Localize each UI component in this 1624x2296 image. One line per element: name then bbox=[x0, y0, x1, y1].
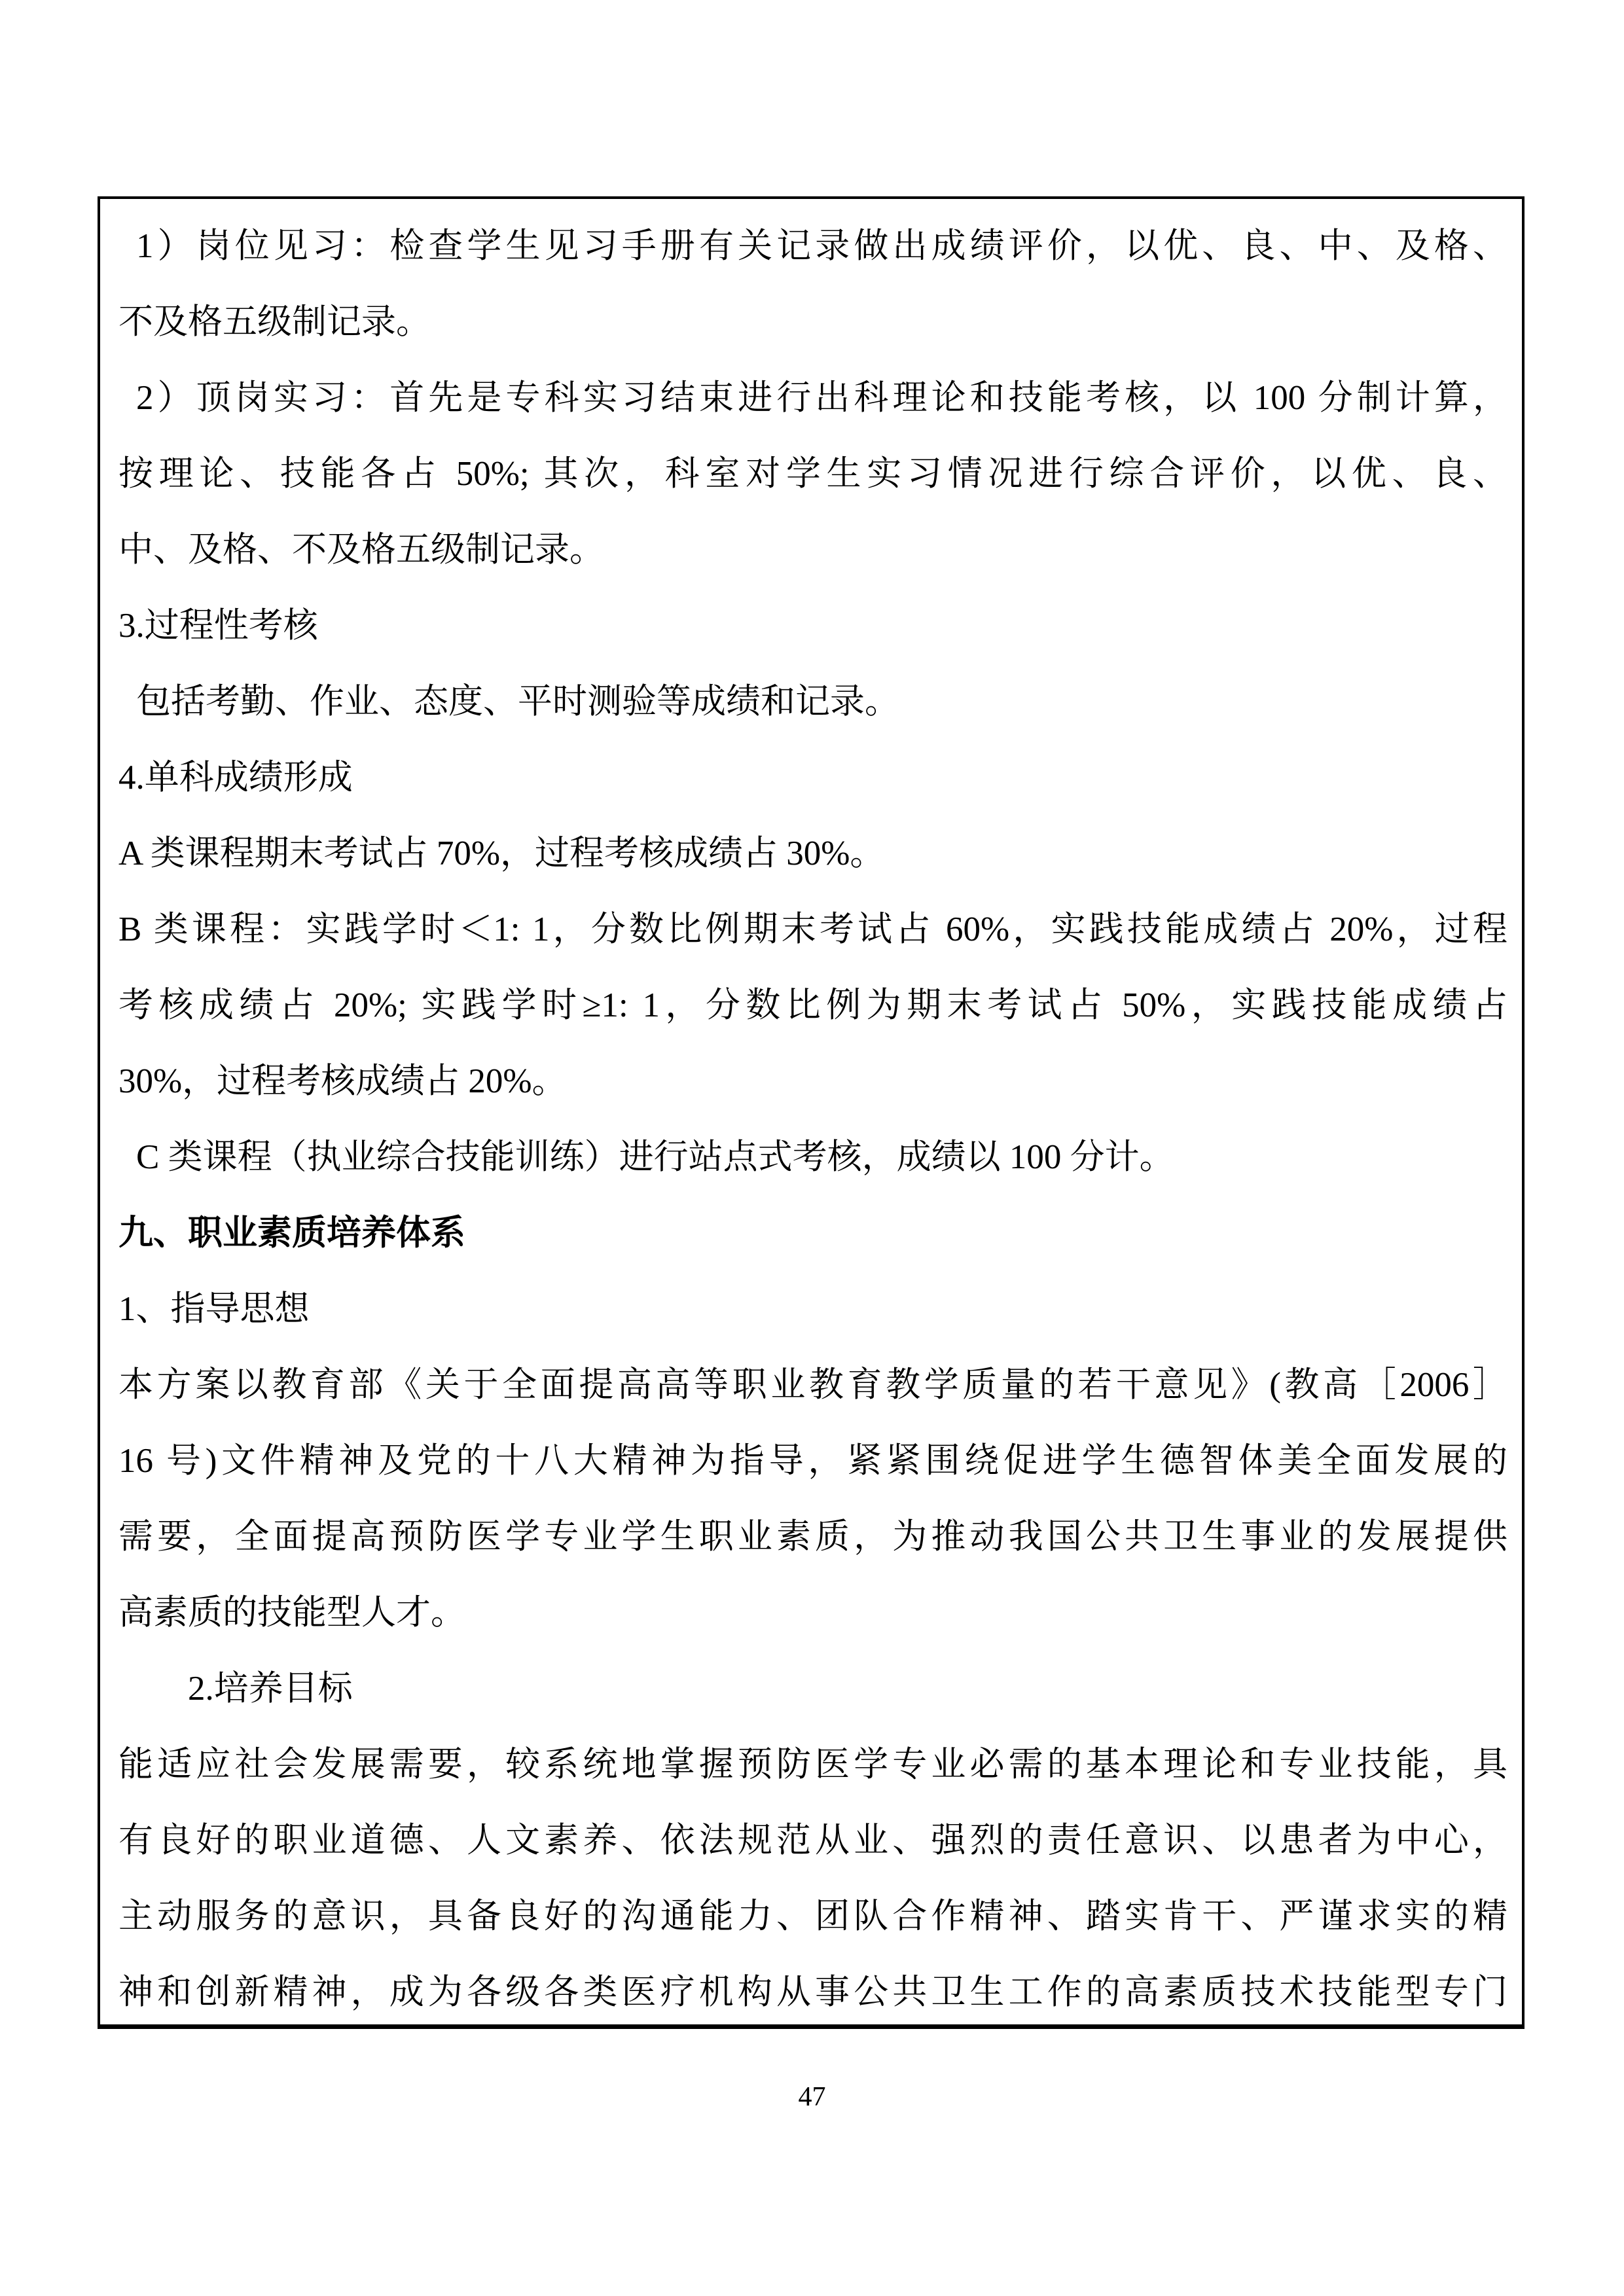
doc-line: 主动服务的意识，具备良好的沟通能力、团队合作精神、踏实肯干、严谨求实的精 bbox=[118, 1878, 1507, 1954]
doc-line: B 类课程：实践学时＜1: 1，分数比例期末考试占 60%，实践技能成绩占 20… bbox=[118, 891, 1507, 967]
doc-line: 高素质的技能型人才。 bbox=[118, 1575, 1507, 1651]
doc-line: 能适应社会发展需要，较系统地掌握预防医学专业必需的基本理论和专业技能，具 bbox=[118, 1727, 1507, 1803]
doc-line: 1、指导思想 bbox=[118, 1271, 1507, 1347]
doc-line: 有良好的职业道德、人文素养、依法规范从业、强烈的责任意识、以患者为中心， bbox=[118, 1803, 1507, 1878]
doc-line: 按理论、技能各占 50%; 其次，科室对学生实习情况进行综合评价，以优、良、 bbox=[118, 436, 1507, 512]
doc-line: 30%，过程考核成绩占 20%。 bbox=[118, 1043, 1507, 1119]
doc-line: 需要，全面提高预防医学专业学生职业素质，为推动我国公共卫生事业的发展提供 bbox=[118, 1499, 1507, 1575]
doc-line: 中、及格、不及格五级制记录。 bbox=[118, 512, 1507, 588]
doc-line: 16 号)文件精神及党的十八大精神为指导，紧紧围绕促进学生德智体美全面发展的 bbox=[118, 1423, 1507, 1499]
doc-line: A 类课程期末考试占 70%，过程考核成绩占 30%。 bbox=[118, 816, 1507, 891]
doc-line: 包括考勤、作业、态度、平时测验等成绩和记录。 bbox=[118, 664, 1507, 740]
doc-line: C 类课程（执业综合技能训练）进行站点式考核，成绩以 100 分计。 bbox=[118, 1119, 1507, 1195]
document-table-cell: 1）岗位见习：检查学生见习手册有关记录做出成绩评价，以优、良、中、及格、 不及格… bbox=[98, 196, 1525, 2029]
doc-line: 2.培养目标 bbox=[118, 1651, 1507, 1727]
doc-line: 本方案以教育部《关于全面提高高等职业教育教学质量的若干意见》(教高［2006］ bbox=[118, 1347, 1507, 1423]
section-heading: 九、职业素质培养体系 bbox=[118, 1195, 1507, 1271]
page-number: 47 bbox=[0, 2080, 1624, 2114]
doc-line: 3.过程性考核 bbox=[118, 588, 1507, 664]
doc-line: 4.单科成绩形成 bbox=[118, 740, 1507, 816]
doc-line: 2）顶岗实习：首先是专科实习结束进行出科理论和技能考核，以 100 分制计算， bbox=[118, 360, 1507, 436]
doc-line: 考核成绩占 20%; 实践学时≥1: 1，分数比例为期末考试占 50%，实践技能… bbox=[118, 967, 1507, 1043]
doc-line: 不及格五级制记录。 bbox=[118, 284, 1507, 360]
doc-line: 1）岗位见习：检查学生见习手册有关记录做出成绩评价，以优、良、中、及格、 bbox=[118, 208, 1507, 284]
doc-line: 神和创新精神，成为各级各类医疗机构从事公共卫生工作的高素质技术技能型专门 bbox=[118, 1954, 1507, 2029]
